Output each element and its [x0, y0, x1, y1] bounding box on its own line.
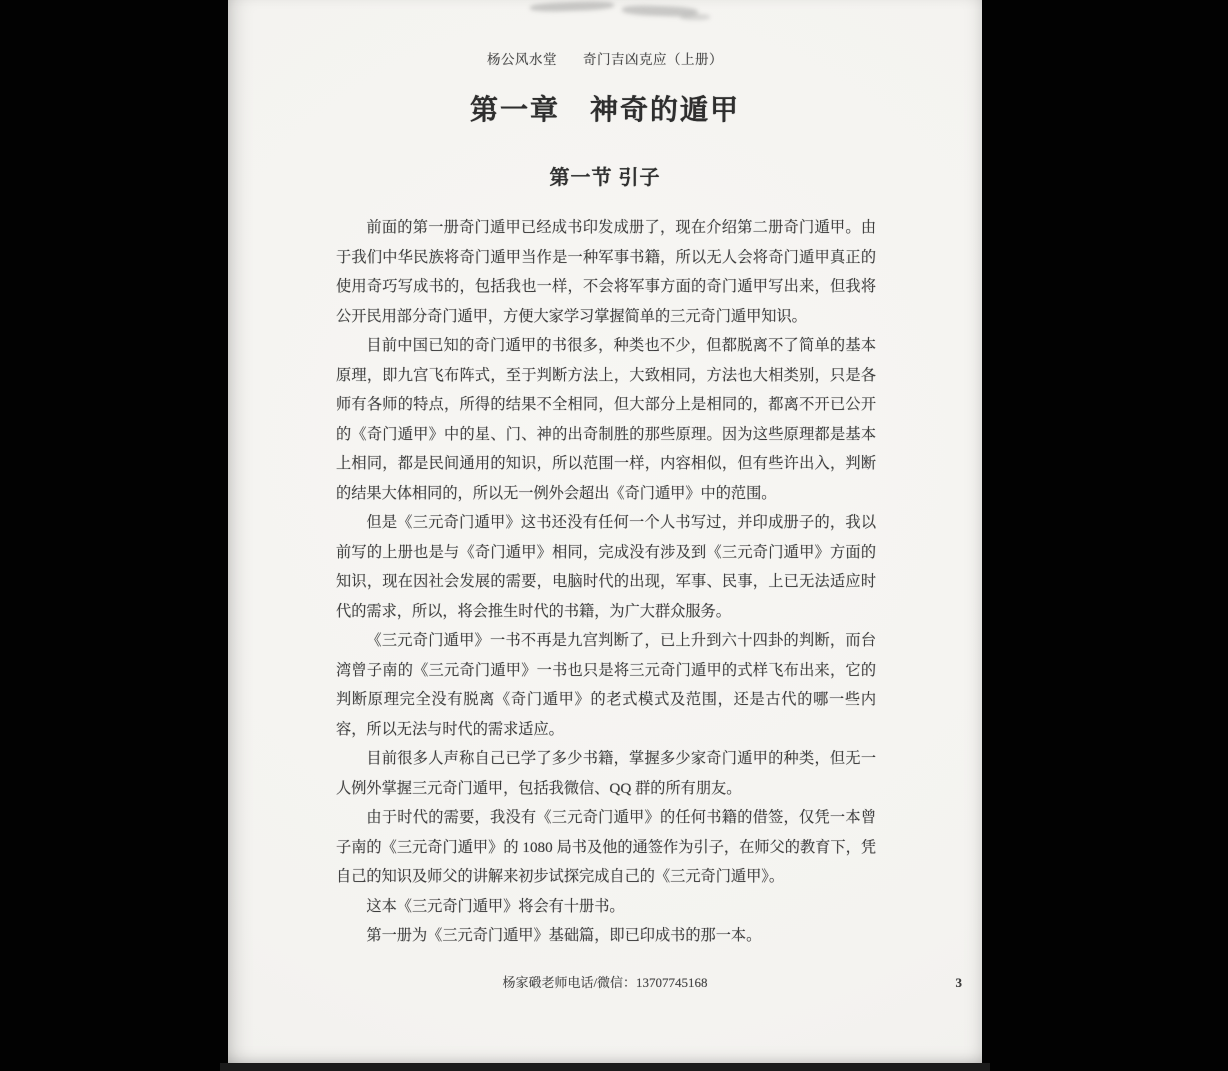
header-book-title: 奇门吉凶克应（上册）: [583, 52, 723, 68]
body-paragraph: 第一册为《三元奇门遁甲》基础篇，即已印成书的那一本。: [336, 921, 876, 951]
scan-background: 杨公风水堂 奇门吉凶克应（上册） 第一章 神奇的遁甲 第一节 引子 前面的第一册…: [0, 0, 1228, 1071]
header-studio-title: 杨公风水堂: [487, 52, 557, 68]
body-paragraph: 前面的第一册奇门遁甲已经成书印发成册了，现在介绍第二册奇门遁甲。由于我们中华民族…: [336, 213, 876, 331]
page-bottom-edge: [220, 1063, 990, 1071]
chapter-title: 第一章 神奇的遁甲: [228, 92, 982, 129]
scan-smudge: [530, 1, 614, 13]
scanned-page: 杨公风水堂 奇门吉凶克应（上册） 第一章 神奇的遁甲 第一节 引子 前面的第一册…: [228, 0, 982, 1063]
body-paragraph: 目前很多人声称自己已学了多少书籍，掌握多少家奇门遁甲的种类，但无一人例外掌握三元…: [336, 744, 876, 803]
running-header: 杨公风水堂 奇门吉凶克应（上册）: [228, 52, 982, 68]
body-paragraph: 但是《三元奇门遁甲》这书还没有任何一个人书写过，并印成册子的，我以前写的上册也是…: [336, 508, 876, 626]
body-text: 前面的第一册奇门遁甲已经成书印发成册了，现在介绍第二册奇门遁甲。由于我们中华民族…: [336, 213, 876, 951]
section-title: 第一节 引子: [228, 165, 982, 192]
scan-smudge: [680, 14, 710, 20]
body-paragraph: 目前中国已知的奇门遁甲的书很多，种类也不少，但都脱离不了简单的基本原理，即九宫飞…: [336, 331, 876, 508]
page-number: 3: [956, 974, 963, 992]
body-paragraph: 这本《三元奇门遁甲》将会有十册书。: [336, 892, 876, 922]
body-paragraph: 《三元奇门遁甲》一书不再是九宫判断了，已上升到六十四卦的判断，而台湾曾子南的《三…: [336, 626, 876, 744]
page-footer: 杨家碫老师电话/微信：13707745168 3: [228, 974, 982, 992]
footer-contact: 杨家碫老师电话/微信：13707745168: [228, 974, 982, 992]
body-paragraph: 由于时代的需要，我没有《三元奇门遁甲》的任何书籍的借签，仅凭一本曾子南的《三元奇…: [336, 803, 876, 892]
